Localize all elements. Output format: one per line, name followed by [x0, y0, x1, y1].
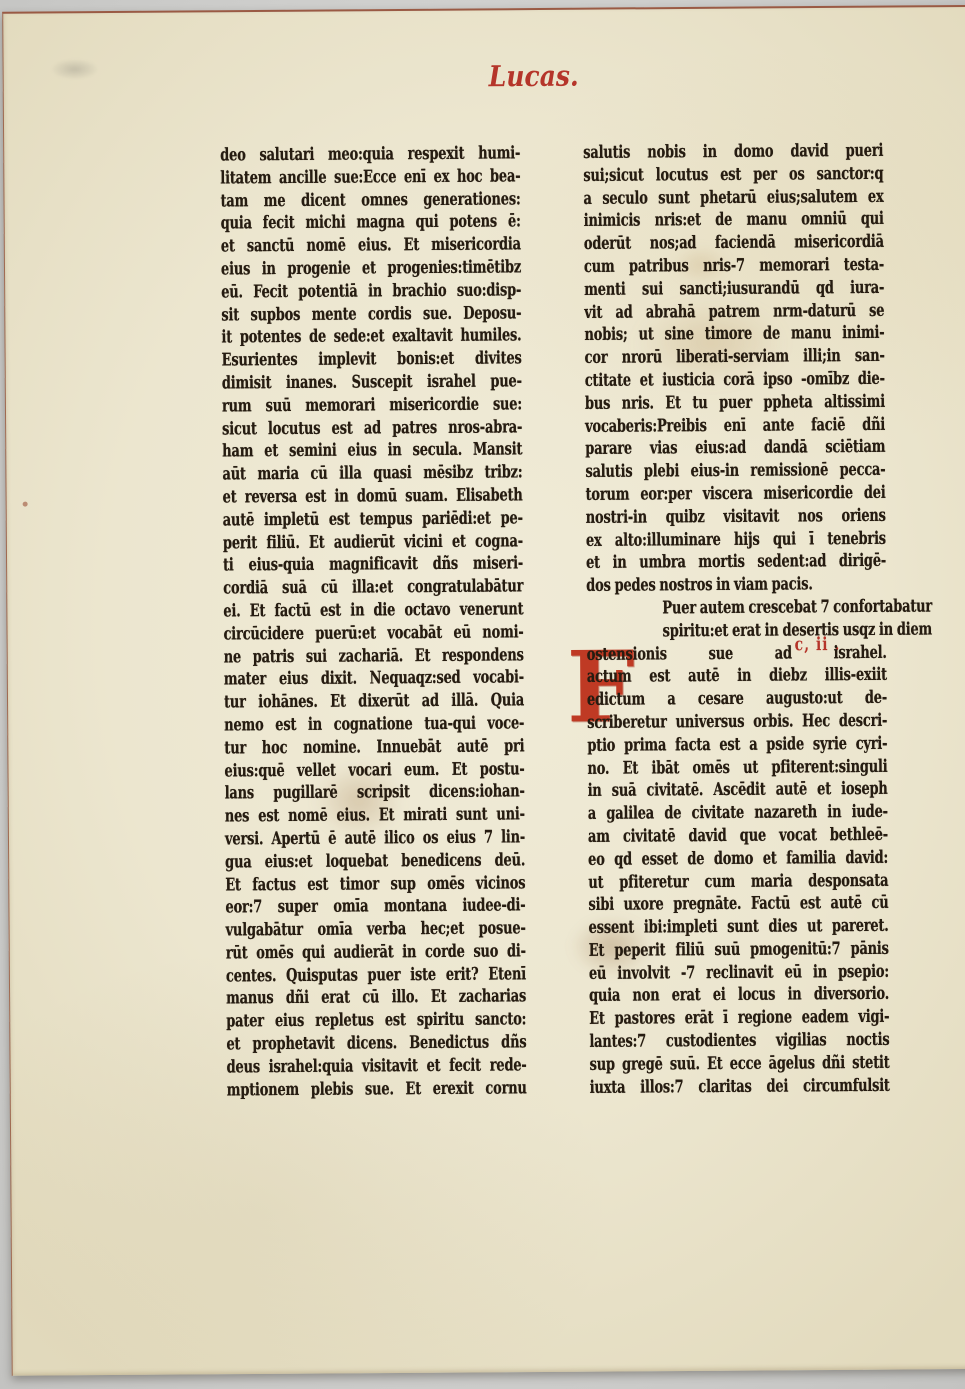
running-title: Lucas.: [474, 59, 594, 99]
text-line: mptionem plebis sue. Et erexit cornu: [227, 1074, 527, 1107]
ink-speck: [23, 502, 28, 507]
scan-background: { "manuscript": { "running_title": "Luca…: [0, 0, 965, 1389]
parchment-leaf: Lucas. deo salutari meo:quia respexit hu…: [2, 5, 965, 1376]
pencil-mark: [52, 59, 98, 79]
text-line: iuxta illos:7 claritas dei circumfulsit: [590, 1072, 890, 1105]
text-column-left: deo salutari meo:quia respexit humi-lita…: [220, 144, 527, 1106]
text-column-right: c, ii . F ɜɜ ɜɜ salutis nobis in domo da…: [583, 142, 890, 1104]
